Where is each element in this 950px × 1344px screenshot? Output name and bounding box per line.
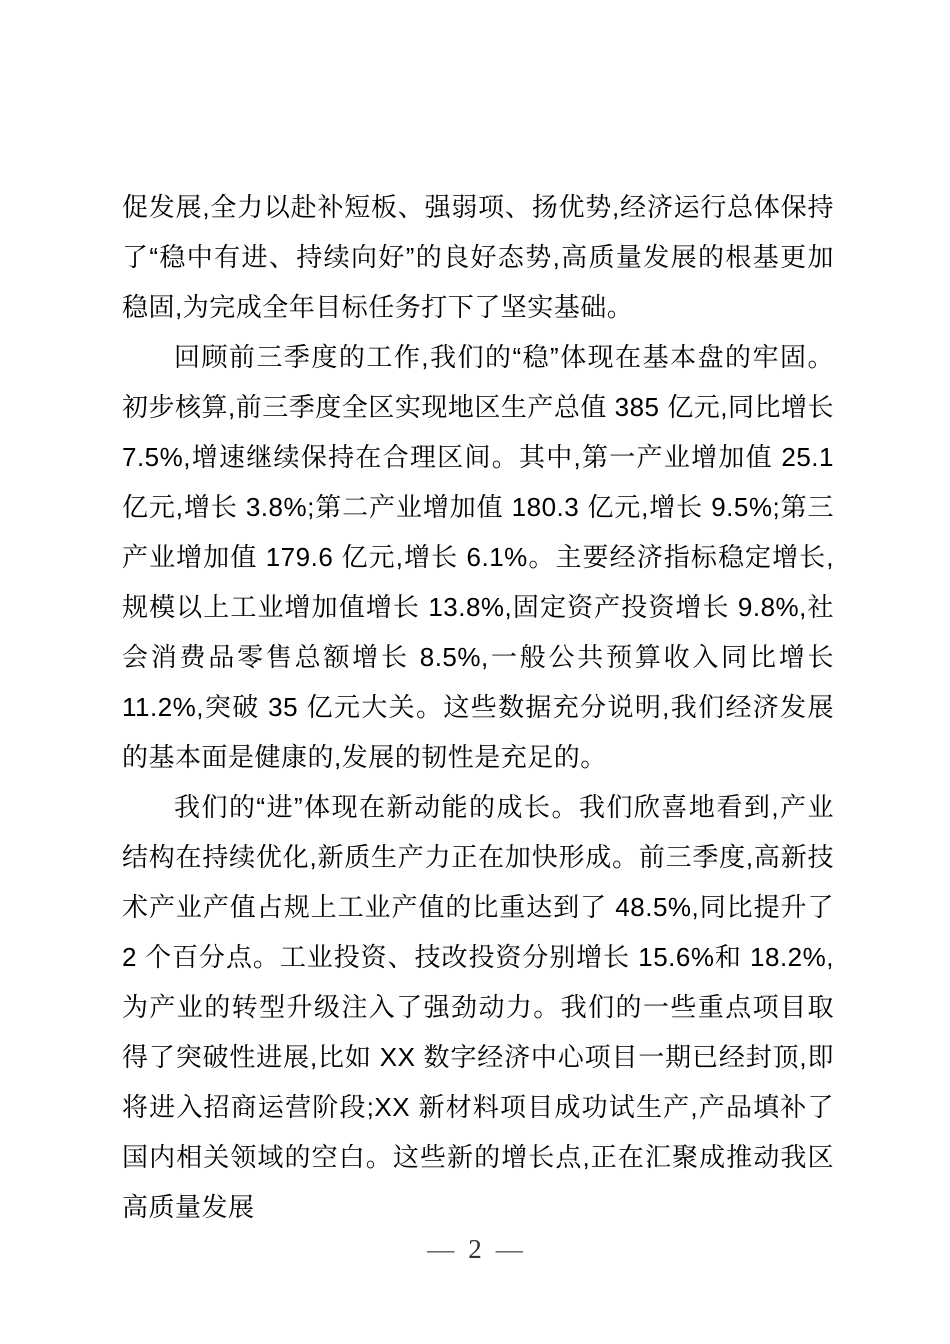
page-footer: —2— xyxy=(0,1228,950,1270)
paragraph-continuation: 促发展,全力以赴补短板、强弱项、扬优势,经济运行总体保持了“稳中有进、持续向好”… xyxy=(122,182,834,332)
document-body: 促发展,全力以赴补短板、强弱项、扬优势,经济运行总体保持了“稳中有进、持续向好”… xyxy=(122,182,834,1232)
document-page: 促发展,全力以赴补短板、强弱项、扬优势,经济运行总体保持了“稳中有进、持续向好”… xyxy=(0,0,950,1344)
page-number: 2 xyxy=(468,1234,482,1264)
footer-dash-left: — xyxy=(427,1234,454,1264)
paragraph-progress-new-growth: 我们的“进”体现在新动能的成长。我们欣喜地看到,产业结构在持续优化,新质生产力正… xyxy=(122,782,834,1232)
paragraph-stability-review: 回顾前三季度的工作,我们的“稳”体现在基本盘的牢固。初步核算,前三季度全区实现地… xyxy=(122,332,834,782)
footer-dash-right: — xyxy=(496,1234,523,1264)
